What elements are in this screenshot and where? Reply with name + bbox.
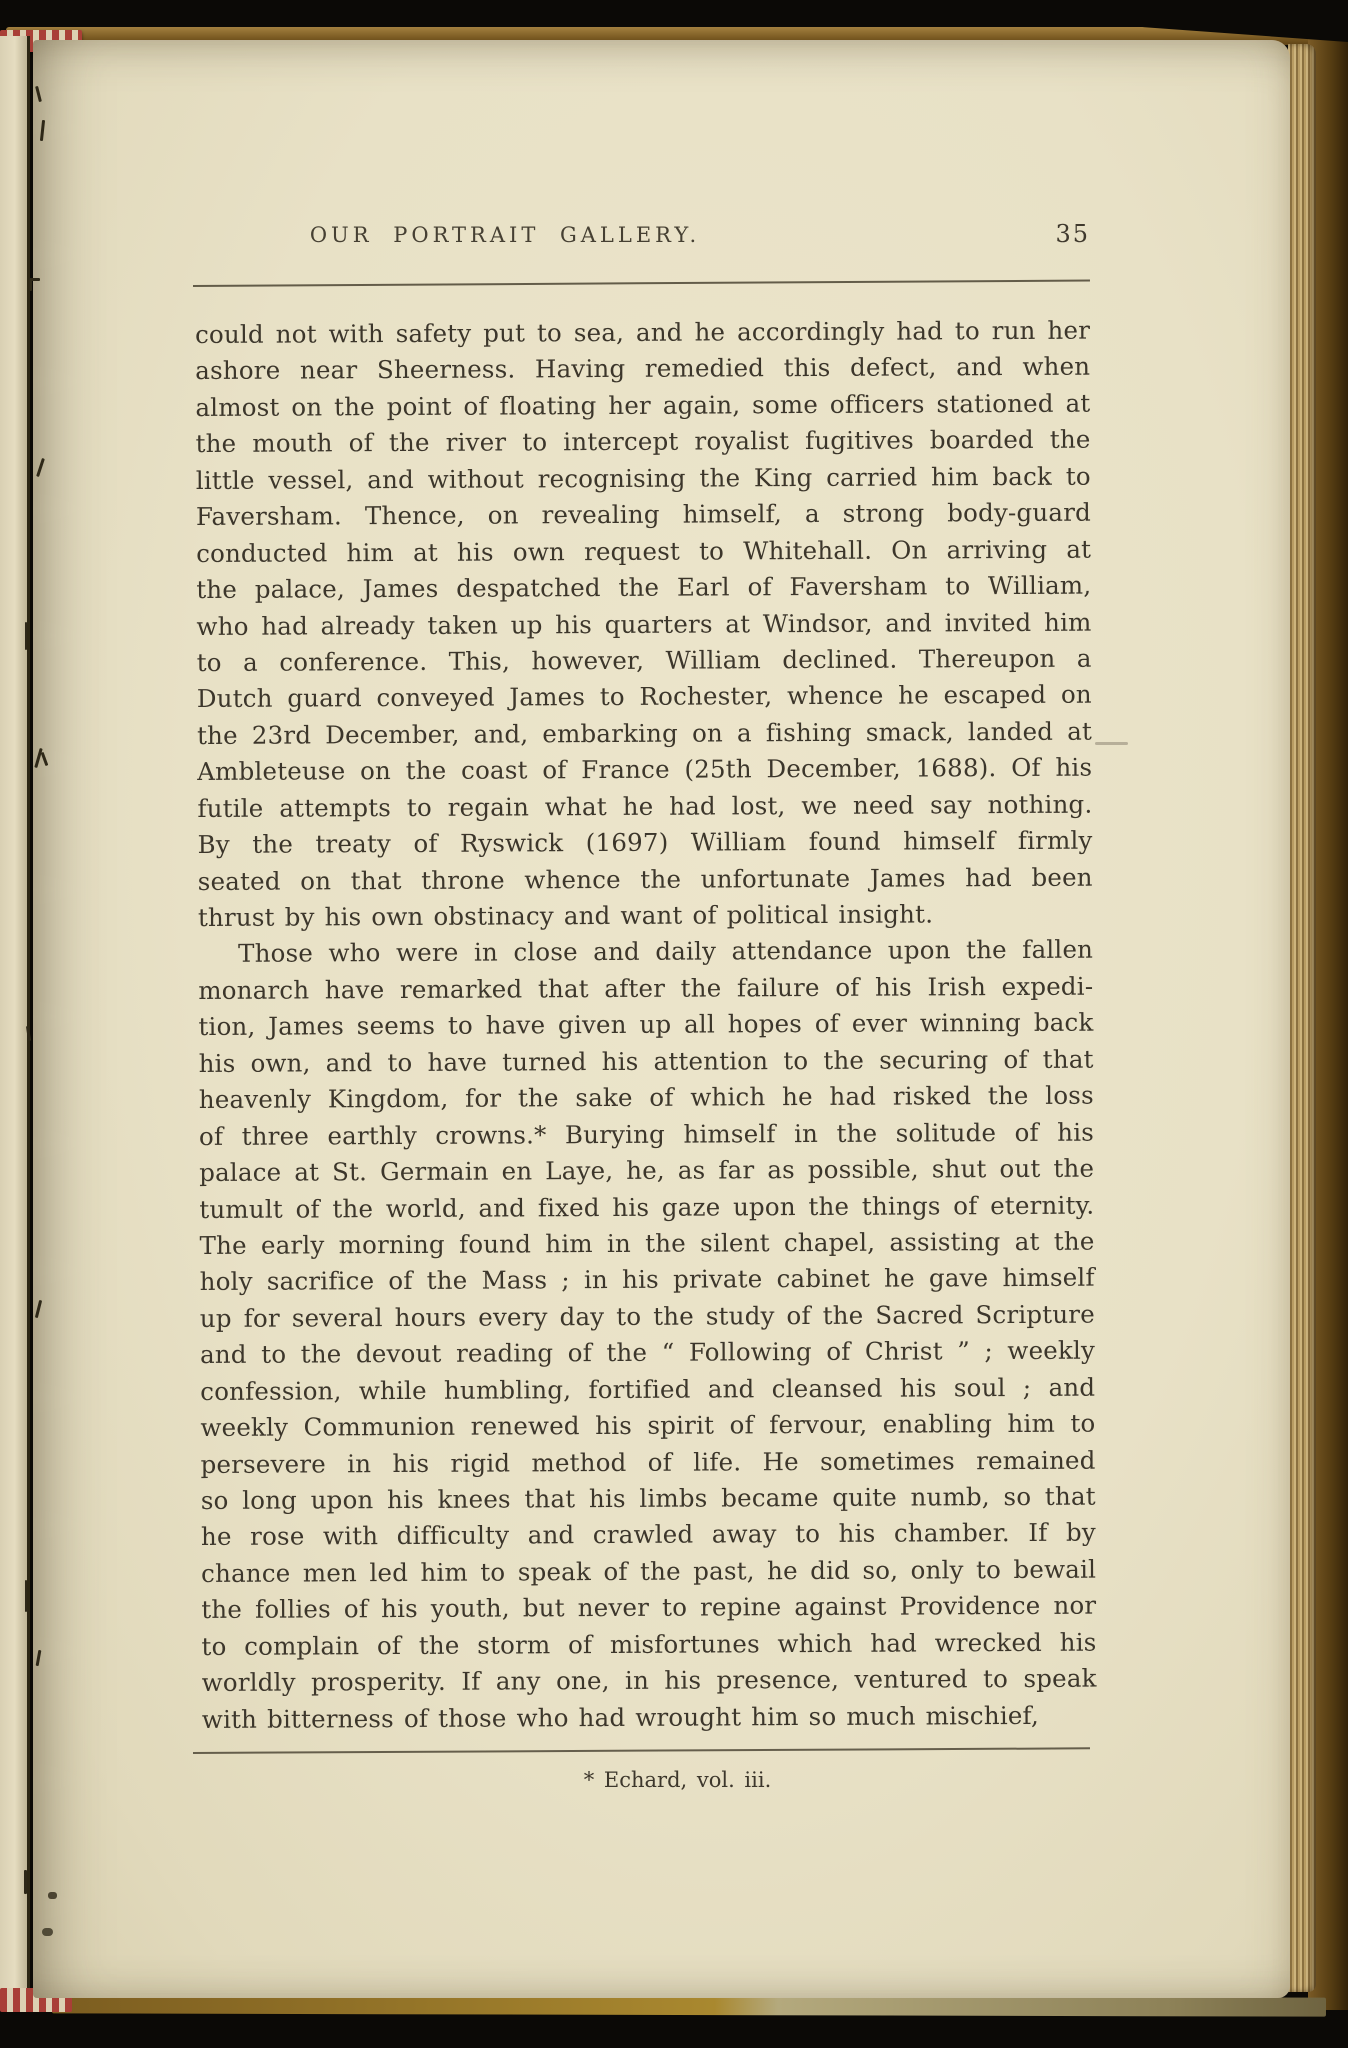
footnote-rule (193, 1747, 1090, 1754)
text-line: who had already taken up his quarters at… (196, 604, 1091, 645)
text-block: could not with safety put to sea, and he… (195, 313, 1097, 1738)
text-line: tumult of the world, and fixed his gaze … (199, 1187, 1094, 1228)
facing-page-sliver (0, 36, 30, 1998)
book-page: OUR PORTRAIT GALLERY. 35 could not with … (33, 40, 1290, 1998)
text-line: the mouth of the river to intercept roya… (196, 422, 1091, 463)
book-fore-edge-pages (1288, 44, 1316, 1992)
text-line: persevere in his rigid method of life. H… (201, 1442, 1096, 1483)
text-line: holy sacrifice of the Mass ; in his priv… (200, 1260, 1095, 1301)
text-line: Those who were in close and daily attend… (198, 932, 1093, 973)
text-line: almost on the point of floating her agai… (195, 386, 1090, 427)
text-line: confession, while humbling, fortified an… (200, 1369, 1095, 1410)
footnote: * Echard, vol. iii. (195, 1768, 1090, 1792)
page-number: 35 (980, 220, 1090, 248)
text-line: the follies of his youth, but never to r… (201, 1588, 1096, 1629)
text-line: thrust by his own obstinacy and want of … (198, 896, 1093, 937)
text-line: he rose with difficulty and crawled away… (201, 1515, 1096, 1556)
text-line: the 23rd December, and, embarking on a f… (197, 713, 1092, 754)
text-line: conducted him at his own request to Whit… (196, 531, 1091, 572)
header-rule (193, 280, 1090, 287)
ink-smudge (42, 1928, 53, 1936)
text-line: to complain of the storm of misfortunes … (201, 1624, 1096, 1665)
text-line: with bitterness of those who had wrought… (202, 1697, 1097, 1738)
text-line: futile attempts to regain what he had lo… (197, 786, 1092, 827)
text-line: monarch have remarked that after the fai… (198, 968, 1093, 1009)
text-line: so long upon his knees that his limbs be… (201, 1479, 1096, 1520)
text-line: little vessel, and without recognising t… (196, 458, 1091, 499)
paragraph: could not with safety put to sea, and he… (195, 313, 1093, 937)
text-line: to a conference. This, however, William … (197, 641, 1092, 682)
text-line: could not with safety put to sea, and he… (195, 313, 1090, 354)
running-head: OUR PORTRAIT GALLERY. (195, 223, 815, 247)
text-line: and to the devout reading of the “ Follo… (200, 1333, 1095, 1374)
text-line: palace at St. Germain en Laye, he, as fa… (199, 1151, 1094, 1192)
ink-mark (25, 622, 27, 650)
ink-smudge (48, 1892, 57, 1899)
text-line: Ambleteuse on the coast of France (25th … (197, 750, 1092, 791)
text-line: ashore near Sheerness. Having remedied t… (195, 349, 1090, 390)
text-line: of three earthly crowns.* Burying himsel… (199, 1114, 1094, 1155)
ink-mark (29, 278, 32, 291)
paragraph: Those who were in close and daily attend… (198, 932, 1097, 1738)
text-line: up for several hours every day to the st… (200, 1296, 1095, 1337)
text-line: chance men led him to speak of the past,… (201, 1551, 1096, 1592)
ink-mark (25, 1580, 27, 1612)
text-line: heavenly Kingdom, for the sake of which … (199, 1078, 1094, 1119)
text-line: Faversham. Thence, on revealing himself,… (196, 495, 1091, 536)
text-line: the palace, James despatched the Earl of… (196, 568, 1091, 609)
text-line: seated on that throne whence the unfortu… (198, 859, 1093, 900)
ink-mark (24, 1870, 27, 1894)
text-line: weekly Communion renewed his spirit of f… (200, 1406, 1095, 1447)
text-line: By the treaty of Ryswick (1697) William … (197, 823, 1092, 864)
text-line: Dutch guard conveyed James to Rochester,… (197, 677, 1092, 718)
text-line: The early morning found him in the silen… (199, 1224, 1094, 1265)
text-line: his own, and to have turned his attentio… (199, 1041, 1094, 1082)
pencil-mark (1095, 742, 1128, 745)
text-line: worldly prosperity. If any one, in his p… (202, 1661, 1097, 1702)
text-line: tion, James seems to have given up all h… (198, 1005, 1093, 1046)
